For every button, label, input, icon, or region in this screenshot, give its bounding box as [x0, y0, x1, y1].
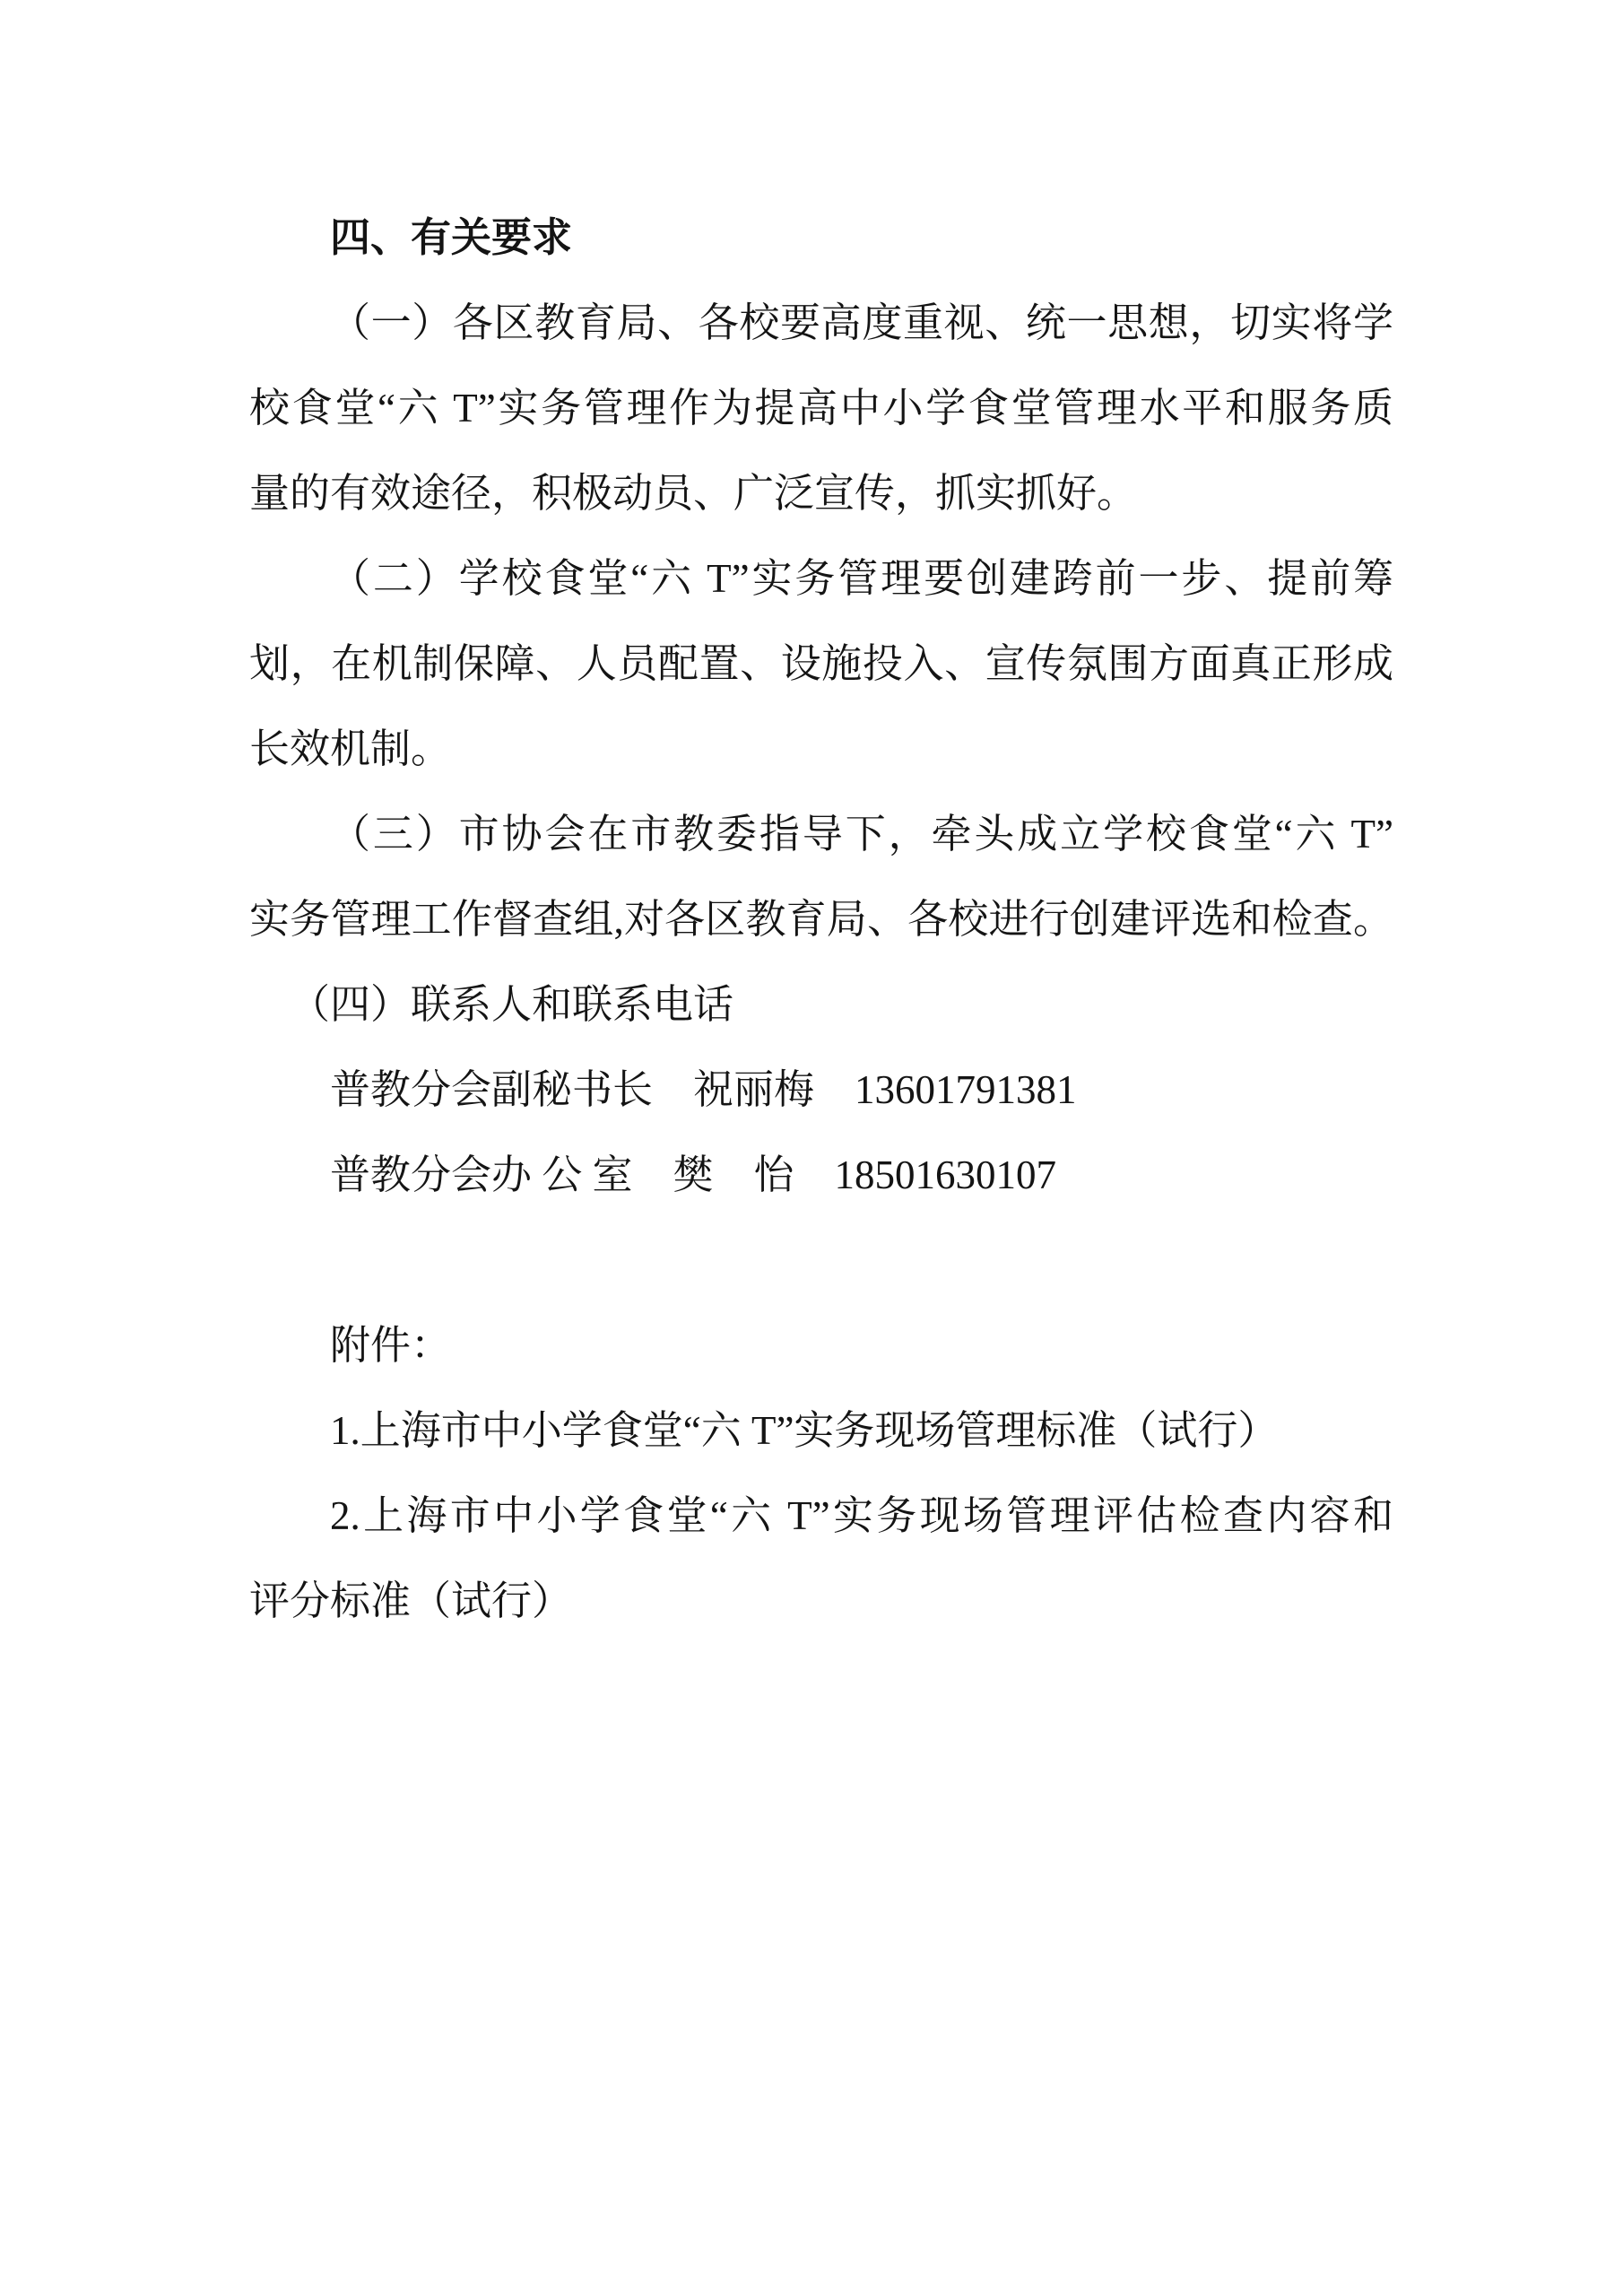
attachments-label: 附件：	[249, 1303, 1393, 1388]
contact-name: 樊 怡	[673, 1152, 794, 1197]
paragraph-2-line-3: 长效机制。	[249, 707, 1393, 792]
paragraph-2-line-1: （二）学校食堂“六 T”实务管理要创建跨前一步、提前筹	[249, 536, 1393, 622]
paragraph-2-line-2: 划，在机制保障、人员配置、设施投入、宣传氛围方面真正形成	[249, 622, 1393, 707]
paragraph-3-line-1: （三）市协会在市教委指导下，牵头成立学校食堂“六 T”	[249, 792, 1393, 877]
attachment-item-2-line-1: 2.上海市中小学食堂“六 T”实务现场管理评估检查内容和	[249, 1474, 1393, 1559]
attachment-item-2-line-2: 评分标准（试行）	[249, 1559, 1393, 1644]
paragraph-3-line-2: 实务管理工作督查组,对各区教育局、各校进行创建评选和检查。	[249, 877, 1393, 962]
paragraph-1-line-1: （一）各区教育局、各校要高度重视、统一思想，切实将学	[249, 281, 1393, 366]
paragraph-1-line-3: 量的有效途径，积极动员、广泛宣传，抓实抓好。	[249, 451, 1393, 536]
contact-title: 普教分会办 公 室	[330, 1152, 633, 1197]
contact-name: 祝丽梅	[693, 1067, 814, 1112]
paragraph-1-line-2: 校食堂“六 T”实务管理作为提高中小学食堂管理水平和服务质	[249, 366, 1393, 451]
contact-phone: 13601791381	[855, 1067, 1077, 1112]
attachment-item-1: 1.上海市中小学食堂“六 T”实务现场管理标准（试行）	[249, 1388, 1393, 1474]
contact-title: 普教分会副秘书长	[330, 1067, 653, 1112]
blank-line	[249, 1218, 1393, 1303]
paragraph-4-heading: （四）联系人和联系电话	[249, 962, 1393, 1048]
contact-row: 普教分会副秘书长祝丽梅13601791381	[249, 1048, 1393, 1133]
contact-phone: 18501630107	[835, 1152, 1057, 1197]
contact-row: 普教分会办 公 室樊 怡18501630107	[249, 1133, 1393, 1218]
section-heading: 四、有关要求	[249, 196, 1393, 281]
document-page: 四、有关要求 （一）各区教育局、各校要高度重视、统一思想，切实将学 校食堂“六 …	[0, 0, 1623, 2296]
document-text-block: 四、有关要求 （一）各区教育局、各校要高度重视、统一思想，切实将学 校食堂“六 …	[249, 196, 1393, 1644]
